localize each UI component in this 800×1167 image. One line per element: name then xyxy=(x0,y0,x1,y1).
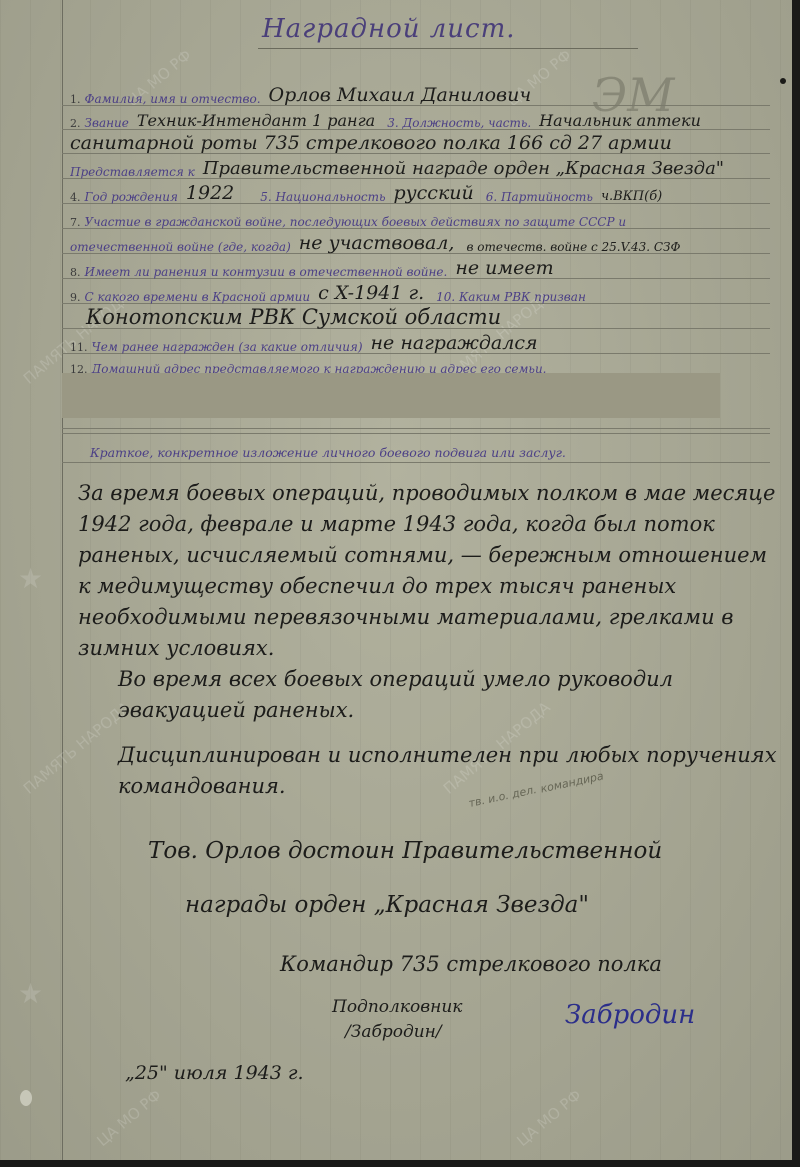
field-war-participation: 7. Участие в гражданской войне, последую… xyxy=(70,205,768,229)
field-value: в отечеств. войне с 25.V.43. СЗФ xyxy=(466,240,680,254)
award-sheet: ЦА МО РФ ЦА МО РФ ПАМЯТЬ НАРОДА ПАМЯТЬ Н… xyxy=(0,0,792,1160)
field-number: 8. xyxy=(70,266,81,279)
field-number: 7. xyxy=(70,216,81,229)
field-rank-position: 2. Звание Техник-Интендант 1 ранга 3. До… xyxy=(70,106,768,130)
margin-line xyxy=(62,0,63,1160)
field-service-since: 9. С какого времени в Красной армии с X-… xyxy=(70,280,768,304)
narrative-paragraph: Дисциплинирован и исполнителен при любых… xyxy=(78,740,778,802)
watermark: ЦА МО РФ xyxy=(94,1087,164,1149)
field-label: Фамилия, имя и отчество. xyxy=(85,92,261,106)
field-label: Участие в гражданской войне, последующих… xyxy=(85,215,627,229)
watermark: ЦА МО РФ xyxy=(514,1087,584,1149)
field-value: с X-1941 г. xyxy=(318,282,424,304)
star-watermark-icon: ★ xyxy=(18,980,46,1008)
field-war-participation-cont: отечественной войне (где, когда) не учас… xyxy=(70,230,768,254)
field-previous-awards: 11. Чем ранее награжден (за какие отличи… xyxy=(70,330,768,354)
field-label: 3. Должность, часть. xyxy=(387,116,531,130)
punch-dot xyxy=(780,78,786,84)
field-wounds: 8. Имеет ли ранения и контузии в отечест… xyxy=(70,255,768,279)
field-number: 2. xyxy=(70,117,81,130)
field-nominated-for: Представляется к Правительственной награ… xyxy=(70,155,768,179)
narrative-paragraph: За время боевых операций, проводимых пол… xyxy=(78,478,778,664)
section-heading: Краткое, конкретное изложение личного бо… xyxy=(90,445,566,460)
conclusion-line: Тов. Орлов достоин Правительственной xyxy=(148,838,662,864)
field-unit-continued: санитарной роты 735 стрелкового полка 16… xyxy=(70,130,768,154)
field-value: не имеет xyxy=(455,257,553,279)
field-label: 6. Партийность xyxy=(486,190,593,204)
field-value: Орлов Михаил Данилович xyxy=(269,84,532,106)
field-value: Конотопским РВК Сумской области xyxy=(86,305,501,329)
field-value: санитарной роты 735 стрелкового полка 16… xyxy=(70,132,672,154)
section-separator xyxy=(62,428,770,429)
narrative-block: За время боевых операций, проводимых пол… xyxy=(78,478,778,802)
field-label: 5. Национальность xyxy=(260,190,385,204)
field-label: 10. Каким РВК призван xyxy=(436,290,586,304)
field-number: 9. xyxy=(70,291,81,304)
field-label: Звание xyxy=(85,116,129,130)
rule-line xyxy=(62,462,770,463)
commander-title: Командир 735 стрелкового полка xyxy=(280,952,662,976)
document-title: Наградной лист. xyxy=(262,14,516,44)
punch-hole xyxy=(20,1090,32,1106)
field-value: русский xyxy=(393,182,473,204)
field-value: Техник-Интендант 1 ранга xyxy=(137,111,375,130)
star-watermark-icon: ★ xyxy=(18,565,46,593)
section-heading-row: Краткое, конкретное изложение личного бо… xyxy=(70,436,768,460)
field-label: Имеет ли ранения и контузии в отечествен… xyxy=(85,265,448,279)
field-conscripted-by: Конотопским РВК Сумской области xyxy=(70,305,768,329)
field-value: 1922 xyxy=(186,182,234,204)
field-full-name: 1. Фамилия, имя и отчество. Орлов Михаил… xyxy=(70,82,768,106)
commander-signature: Забродин xyxy=(565,1000,695,1030)
field-value: ч.ВКП(б) xyxy=(601,189,662,204)
field-value: Правительственной награде орден „Красная… xyxy=(203,158,724,179)
field-value: не участвовал, xyxy=(299,232,455,254)
field-value: Начальник аптеки xyxy=(539,111,701,130)
field-label: Год рождения xyxy=(85,190,178,204)
field-label: С какого времени в Красной армии xyxy=(85,290,311,304)
field-label: отечественной войне (где, когда) xyxy=(70,240,291,254)
field-number: 4. xyxy=(70,191,81,204)
title-underline xyxy=(258,48,638,49)
document-date: „25" июля 1943 г. xyxy=(125,1062,304,1084)
narrative-paragraph: Во время всех боевых операций умело руко… xyxy=(78,664,778,726)
redaction-box xyxy=(62,373,720,418)
commander-name: /Забродин/ xyxy=(345,1022,442,1042)
conclusion-line: награды орден „Красная Звезда" xyxy=(185,892,589,918)
field-number: 1. xyxy=(70,93,81,106)
field-birth-nationality-party: 4. Год рождения 1922 5. Национальность р… xyxy=(70,180,768,204)
field-label: Представляется к xyxy=(70,165,195,179)
commander-rank: Подполковник xyxy=(332,997,462,1017)
field-value: не награждался xyxy=(371,332,538,354)
